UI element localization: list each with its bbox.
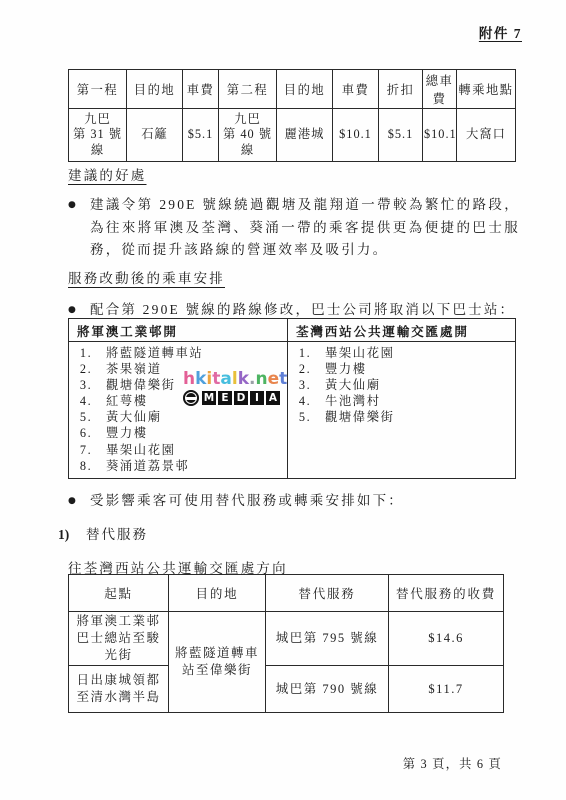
alternative-service-heading: 1)替代服務 [58, 523, 148, 543]
cancelled-stops-list-left: 將藍隧道轉車站茶果嶺道觀塘偉樂街紅萼樓黃大仙廟豐力樓畢架山花園葵涌道荔景邨 [71, 345, 285, 474]
alt-header-fare: 替代服務的收費 [389, 575, 504, 612]
fare-table: 第一程 目的地 車費 第二程 目的地 車費 折扣 總車費 轉乘地點 九巴 第 3… [68, 69, 516, 162]
alt-header-service: 替代服務 [266, 575, 389, 612]
fare-header-interchange-point: 轉乘地點 [457, 70, 516, 109]
watermark-letter: h [183, 369, 195, 389]
watermark-letter: a [220, 369, 231, 389]
hkitalk-watermark: hkitalk.net MEDIA [183, 371, 287, 406]
media-tile-letter: M [202, 391, 216, 405]
fare-cell-discount: $5.1 [379, 109, 423, 162]
cancelled-stop-item: 黃大仙廟 [316, 377, 513, 393]
alt-cell-service-1: 城巴第 795 號線 [266, 612, 389, 666]
alt-table-row: 日出康城領都至清水灣半島 城巴第 790 號線 $11.7 [69, 666, 504, 713]
cancelled-stop-item: 豐力樓 [316, 361, 513, 377]
watermark-letter: e [268, 369, 280, 389]
media-tile-letter: D [234, 391, 248, 405]
alt-cell-origin-2: 日出康城領都至清水灣半島 [69, 666, 169, 713]
cancelled-stop-item: 葵涌道荔景邨 [97, 458, 285, 474]
fare-header-fare2: 車費 [333, 70, 379, 109]
cancelled-stop-item: 觀塘偉樂街 [316, 409, 513, 425]
cancelled-stops-body-row: 將藍隧道轉車站茶果嶺道觀塘偉樂街紅萼樓黃大仙廟豐力樓畢架山花園葵涌道荔景邨 畢架… [69, 342, 516, 479]
hkitalk-logo-icon [183, 390, 199, 406]
stops-header-tsuen-wan-west: 荃灣西站公共運輸交匯處開 [288, 319, 516, 342]
cancelled-stops-header-row: 將軍澳工業邨開 荃灣西站公共運輸交匯處開 [69, 319, 516, 342]
fare-header-total-fare: 總車費 [423, 70, 457, 109]
cancelled-stop-item: 將藍隧道轉車站 [97, 345, 285, 361]
fare-cell-leg1: 九巴 第 31 號 線 [69, 109, 127, 162]
fare-header-destination2: 目的地 [277, 70, 333, 109]
stops-cell-from-tko: 將藍隧道轉車站茶果嶺道觀塘偉樂街紅萼樓黃大仙廟豐力樓畢架山花園葵涌道荔景邨 [69, 342, 288, 479]
benefits-heading: 建議的好處 [68, 164, 147, 184]
cancelled-stop-item: 畢架山花園 [97, 442, 285, 458]
fare-cell-fare2: $10.1 [333, 109, 379, 162]
alt-header-destination: 目的地 [169, 575, 266, 612]
bullet-icon: ● [68, 490, 90, 513]
hkitalk-watermark-text: hkitalk.net [183, 371, 287, 388]
cancelled-stops-list-right: 畢架山花園豐力樓黃大仙廟牛池灣村觀塘偉樂街 [290, 345, 513, 425]
benefits-bullet: ● 建議令第 290E 號線繞過觀塘及龍翔道一帶較為繁忙的路段，為往來將軍澳及荃… [68, 194, 520, 262]
arrangements-heading: 服務改動後的乘車安排 [68, 267, 225, 287]
alternative-services-table: 起點 目的地 替代服務 替代服務的收費 將軍澳工業邨巴士總站至駿光街 將藍隧道轉… [68, 574, 504, 713]
cancelled-stop-item: 畢架山花園 [316, 345, 513, 361]
fare-cell-total-fare: $10.1 [423, 109, 457, 162]
alt-cell-fare-1: $14.6 [389, 612, 504, 666]
media-tile-letter: I [250, 391, 264, 405]
alternatives-bullet-text: 受影響乘客可使用替代服務或轉乘安排如下： [90, 490, 520, 513]
fare-table-header-row: 第一程 目的地 車費 第二程 目的地 車費 折扣 總車費 轉乘地點 [69, 70, 516, 109]
media-tile-letter: A [266, 391, 280, 405]
alt-cell-service-2: 城巴第 790 號線 [266, 666, 389, 713]
watermark-letter: n [255, 369, 267, 389]
media-tile-letter: E [218, 391, 232, 405]
cancelled-stop-item: 黃大仙廟 [97, 409, 285, 425]
watermark-letter: k [238, 369, 249, 389]
watermark-letter: k [195, 369, 206, 389]
benefits-bullet-text: 建議令第 290E 號線繞過觀塘及龍翔道一帶較為繁忙的路段，為往來將軍澳及荃灣、… [90, 194, 520, 262]
fare-header-destination1: 目的地 [127, 70, 183, 109]
alt-cell-merged-destination: 將藍隧道轉車站至偉樂街 [169, 612, 266, 713]
document-page: 附件 7 第一程 目的地 車費 第二程 目的地 車費 折扣 總車費 轉乘地點 九… [0, 0, 566, 800]
fare-header-leg1: 第一程 [69, 70, 127, 109]
alt-table-row: 將軍澳工業邨巴士總站至駿光街 將藍隧道轉車站至偉樂街 城巴第 795 號線 $1… [69, 612, 504, 666]
alt-cell-origin-1: 將軍澳工業邨巴士總站至駿光街 [69, 612, 169, 666]
fare-header-discount: 折扣 [379, 70, 423, 109]
fare-cell-leg2: 九巴 第 40 號 線 [219, 109, 277, 162]
alt-header-origin: 起點 [69, 575, 169, 612]
page-footer: 第 3 頁，共 6 頁 [403, 754, 502, 772]
cancelled-stops-table: 將軍澳工業邨開 荃灣西站公共運輸交匯處開 將藍隧道轉車站茶果嶺道觀塘偉樂街紅萼樓… [68, 318, 516, 479]
alt-table-header-row: 起點 目的地 替代服務 替代服務的收費 [69, 575, 504, 612]
fare-cell-destination1: 石籬 [127, 109, 183, 162]
fare-cell-interchange-point: 大窩口 [457, 109, 516, 162]
cancelled-stop-item: 豐力樓 [97, 425, 285, 441]
alternative-service-label: 替代服務 [86, 527, 148, 542]
stops-cell-from-tsuen-wan: 畢架山花園豐力樓黃大仙廟牛池灣村觀塘偉樂街 [288, 342, 516, 479]
bullet-icon: ● [68, 194, 90, 262]
fare-cell-destination2: 麗港城 [277, 109, 333, 162]
fare-table-data-row: 九巴 第 31 號 線 石籬 $5.1 九巴 第 40 號 線 麗港城 $10.… [69, 109, 516, 162]
alternatives-bullet: ● 受影響乘客可使用替代服務或轉乘安排如下： [68, 490, 520, 513]
fare-header-leg2: 第二程 [219, 70, 277, 109]
alt-cell-fare-2: $11.7 [389, 666, 504, 713]
watermark-letter: t [279, 369, 287, 389]
cancelled-stop-item: 牛池灣村 [316, 393, 513, 409]
fare-cell-fare1: $5.1 [183, 109, 219, 162]
alternative-service-number: 1) [58, 527, 86, 543]
media-tiles: MEDIA [202, 391, 280, 405]
fare-header-fare1: 車費 [183, 70, 219, 109]
stops-header-tko-industrial-estate: 將軍澳工業邨開 [69, 319, 288, 342]
attachment-label: 附件 7 [479, 22, 522, 42]
hkitalk-media-row: MEDIA [183, 390, 287, 406]
